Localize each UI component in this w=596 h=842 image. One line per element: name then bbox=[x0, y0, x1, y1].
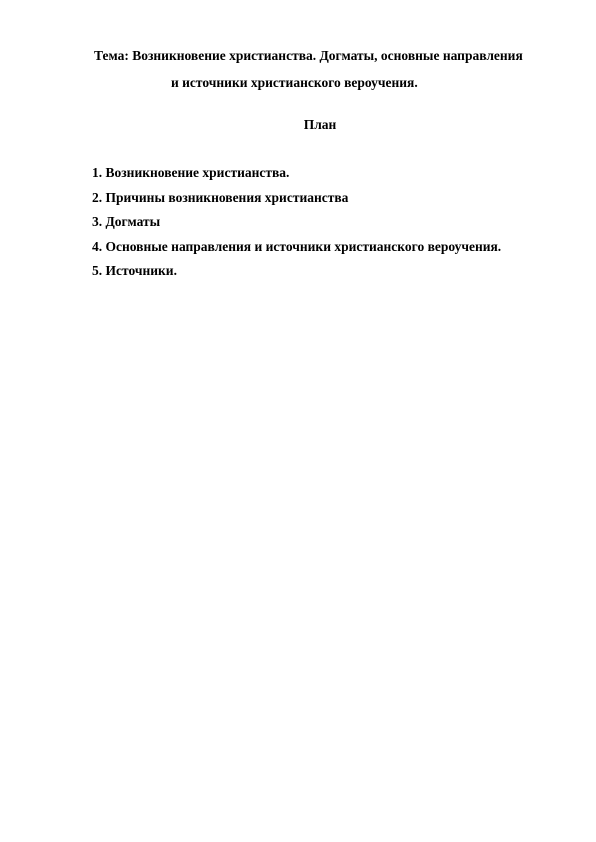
plan-item: 4. Основные направления и источники хрис… bbox=[92, 235, 501, 260]
title-line-2: и источники христианского вероучения. bbox=[0, 69, 596, 96]
plan-item: 3. Догматы bbox=[92, 210, 501, 235]
plan-list: 1. Возникновение христианства. 2. Причин… bbox=[92, 161, 501, 284]
plan-heading: План bbox=[0, 117, 596, 133]
document-title: Тема: Возникновение христианства. Догмат… bbox=[0, 42, 596, 96]
plan-item: 5. Источники. bbox=[92, 259, 501, 284]
title-line-1: Тема: Возникновение христианства. Догмат… bbox=[0, 42, 596, 69]
plan-item: 2. Причины возникновения христианства bbox=[92, 186, 501, 211]
plan-item: 1. Возникновение христианства. bbox=[92, 161, 501, 186]
